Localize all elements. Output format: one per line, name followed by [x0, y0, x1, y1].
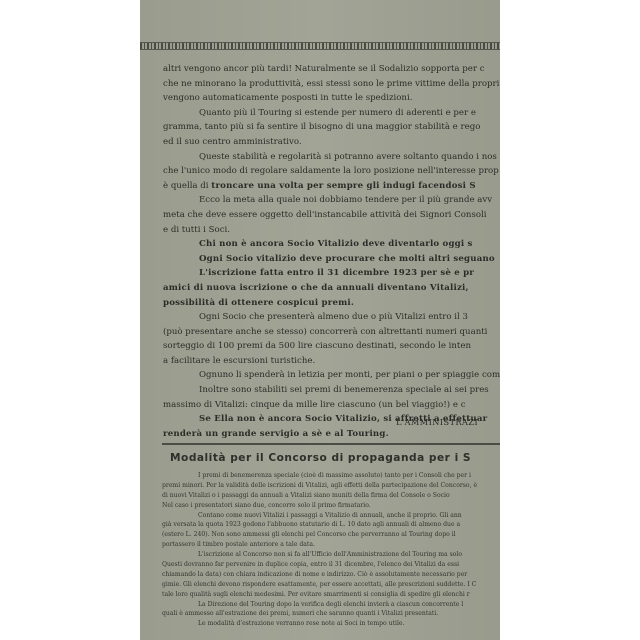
text-line: Chi non è ancora Socio Vitalizio deve di… — [163, 237, 500, 252]
text-line: che ne minorano la produttività, essi st… — [163, 77, 500, 92]
text-line: (estero L. 240). Non sono ammessi gli el… — [162, 530, 500, 540]
text-line: ed il suo centro amministrativo. — [163, 135, 500, 150]
text-line: già versata la quota 1923 godono l'abbuo… — [162, 520, 500, 530]
text-span-bold: troncare una volta per sempre gli indugi… — [211, 181, 475, 191]
text-line: è quella di troncare una volta per sempr… — [163, 179, 500, 194]
text-line: che l'unico modo di regolare saldamente … — [163, 164, 500, 179]
text-line: Queste stabilità e regolarità si potrann… — [163, 150, 500, 165]
text-line: Nel caso i presentatori siano due, conco… — [162, 501, 500, 511]
text-line: La Direzione del Touring dopo la verific… — [162, 600, 500, 610]
text-line: vengono automaticamente posposti in tutt… — [163, 91, 500, 106]
text-line: Contano come nuovi Vitalizi i passaggi a… — [162, 511, 500, 521]
text-line: sorteggio di 100 premi da 500 lire ciasc… — [163, 339, 500, 354]
text-line: quali è ammesso all'estrazione dei premi… — [162, 609, 500, 619]
text-line: gimie. Gli elenchi devono rispondere esa… — [162, 580, 500, 590]
text-line: meta che deve essere oggetto dell'instan… — [163, 208, 500, 223]
text-line: possibilità di ottenere cospicui premi. — [163, 296, 500, 311]
signature: L'AMMINISTRAZI — [396, 417, 478, 427]
text-line: Questi dovranno far pervenire in duplice… — [162, 560, 500, 570]
decorative-border — [140, 42, 500, 50]
text-line: e di tutti i Soci. — [163, 223, 500, 238]
body-text-top: altri vengono ancor più tardi! Naturalme… — [163, 62, 500, 441]
section-heading: Modalità per il Concorso di propaganda p… — [170, 452, 471, 464]
text-line: tale loro qualità sugli elenchi medesimi… — [162, 590, 500, 600]
text-line: Le modalità d'estrazione verranno rese n… — [162, 619, 500, 629]
text-line: gramma, tanto più si fa sentire il bisog… — [163, 120, 500, 135]
text-span: è quella di — [163, 181, 211, 191]
text-line: Ognuno li spenderà in letizia per monti,… — [163, 368, 500, 383]
text-line: portassero il timbro postale anteriore a… — [162, 540, 500, 550]
text-line: a facilitare le escursioni turistiche. — [163, 354, 500, 369]
text-line: chiamando la data) con chiara indicazion… — [162, 570, 500, 580]
section-divider — [162, 443, 500, 445]
text-line: L'iscrizione al Concorso non si fa all'U… — [162, 550, 500, 560]
text-line: (può presentare anche se stesso) concorr… — [163, 325, 500, 340]
body-text-bottom: I premi di benemerenza speciale (cioè di… — [162, 471, 500, 629]
text-line: Quanto più il Touring si estende per num… — [163, 106, 500, 121]
text-line: amici di nuova iscrizione o che da annua… — [163, 281, 500, 296]
text-line: I premi di benemerenza speciale (cioè di… — [162, 471, 500, 481]
text-line: L'iscrizione fatta entro il 31 dicembre … — [163, 266, 500, 281]
text-line: di nuovi Vitalizi o i passaggi da annual… — [162, 491, 500, 501]
text-line: Ecco la meta alla quale noi dobbiamo ten… — [163, 193, 500, 208]
text-line: renderà un grande servigio a sè e al Tou… — [163, 427, 500, 442]
text-line: altri vengono ancor più tardi! Naturalme… — [163, 62, 500, 77]
text-line: Inoltre sono stabiliti sei premi di bene… — [163, 383, 500, 398]
document-page: altri vengono ancor più tardi! Naturalme… — [140, 0, 500, 640]
text-line: Ogni Socio vitalizio deve procurare che … — [163, 252, 500, 267]
text-line: Ogni Socio che presenterà almeno due o p… — [163, 310, 500, 325]
text-line: massimo di Vitalizi: cinque da mille lir… — [163, 398, 500, 413]
text-line: premi minori. Per la validità delle iscr… — [162, 481, 500, 491]
